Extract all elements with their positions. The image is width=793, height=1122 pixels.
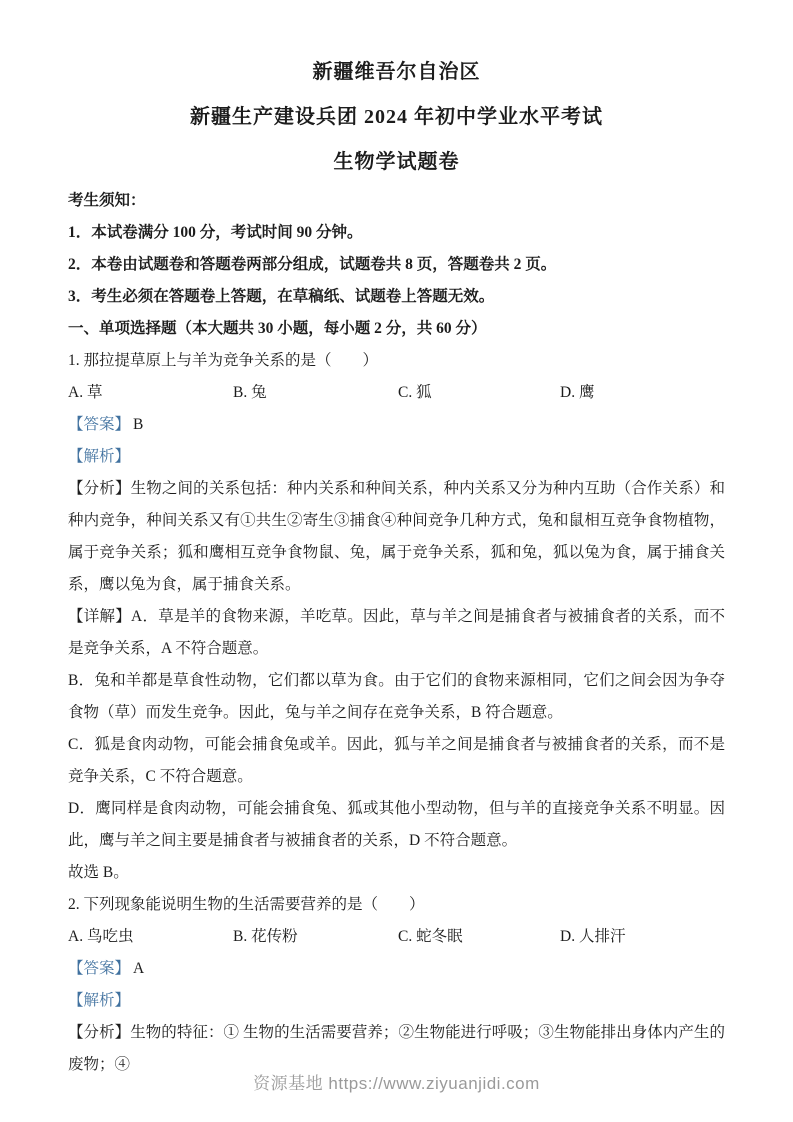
- question-1-answer-value: B: [133, 416, 143, 433]
- question-2-option-c: C. 蛇冬眠: [398, 921, 560, 953]
- question-2-answer-line: 【答案】A: [68, 953, 725, 985]
- question-1-explanation-option-a: 【详解】A．草是羊的食物来源，羊吃草。因此，草与羊之间是捕食者与被捕食者的关系，…: [68, 601, 725, 665]
- watermark-footer: 资源基地 https://www.ziyuanjidi.com: [0, 1069, 793, 1094]
- question-1-explanation-option-d: D．鹰同样是食肉动物，可能会捕食兔、狐或其他小型动物，但与羊的直接竞争关系不明显…: [68, 793, 725, 857]
- question-1-option-a: A. 草: [68, 377, 233, 409]
- question-2-options: A. 鸟吃虫 B. 花传粉 C. 蛇冬眠 D. 人排汗: [68, 921, 725, 953]
- title-subject: 生物学试题卷: [68, 140, 725, 185]
- exam-page: 新疆维吾尔自治区 新疆生产建设兵团 2024 年初中学业水平考试 生物学试题卷 …: [0, 0, 793, 1122]
- question-1-answer-line: 【答案】B: [68, 409, 725, 441]
- analysis-label: 【解析】: [68, 448, 130, 465]
- title-region: 新疆维吾尔自治区: [68, 50, 725, 95]
- question-1-explanation-option-b: B．兔和羊都是草食性动物，它们都以草为食。由于它们的食物来源相同，它们之间会因为…: [68, 665, 725, 729]
- notice-item-1: 1．本试卷满分 100 分，考试时间 90 分钟。: [68, 217, 725, 249]
- answer-label: 【答案】: [68, 416, 130, 433]
- question-2-analysis-line: 【解析】: [68, 985, 725, 1017]
- question-2-stem: 2. 下列现象能说明生物的生活需要营养的是（ ）: [68, 889, 725, 921]
- question-1-option-d: D. 鹰: [560, 377, 725, 409]
- notice-heading: 考生须知：: [68, 185, 725, 217]
- answer-label: 【答案】: [68, 960, 130, 977]
- question-1: 1. 那拉提草原上与羊为竞争关系的是（ ） A. 草 B. 兔 C. 狐 D. …: [68, 345, 725, 889]
- question-2-option-a: A. 鸟吃虫: [68, 921, 233, 953]
- question-2-option-d: D. 人排汗: [560, 921, 725, 953]
- question-1-conclusion: 故选 B。: [68, 857, 725, 889]
- section-heading: 一、单项选择题（本大题共 30 小题，每小题 2 分，共 60 分）: [68, 313, 725, 345]
- question-1-analysis-line: 【解析】: [68, 441, 725, 473]
- question-1-option-b: B. 兔: [233, 377, 398, 409]
- question-1-explanation-option-c: C．狐是食肉动物，可能会捕食兔或羊。因此，狐与羊之间是捕食者与被捕食者的关系，而…: [68, 729, 725, 793]
- question-1-stem: 1. 那拉提草原上与羊为竞争关系的是（ ）: [68, 345, 725, 377]
- question-2: 2. 下列现象能说明生物的生活需要营养的是（ ） A. 鸟吃虫 B. 花传粉 C…: [68, 889, 725, 1081]
- question-1-options: A. 草 B. 兔 C. 狐 D. 鹰: [68, 377, 725, 409]
- title-exam: 新疆生产建设兵团 2024 年初中学业水平考试: [68, 95, 725, 140]
- notice-item-2: 2．本卷由试题卷和答题卷两部分组成，试题卷共 8 页，答题卷共 2 页。: [68, 249, 725, 281]
- question-1-explanation-analysis: 【分析】生物之间的关系包括：种内关系和种间关系，种内关系又分为种内互助（合作关系…: [68, 473, 725, 601]
- question-1-option-c: C. 狐: [398, 377, 560, 409]
- notice-item-3: 3．考生必须在答题卷上答题，在草稿纸、试题卷上答题无效。: [68, 281, 725, 313]
- question-2-answer-value: A: [133, 960, 144, 977]
- question-2-option-b: B. 花传粉: [233, 921, 398, 953]
- analysis-label: 【解析】: [68, 992, 130, 1009]
